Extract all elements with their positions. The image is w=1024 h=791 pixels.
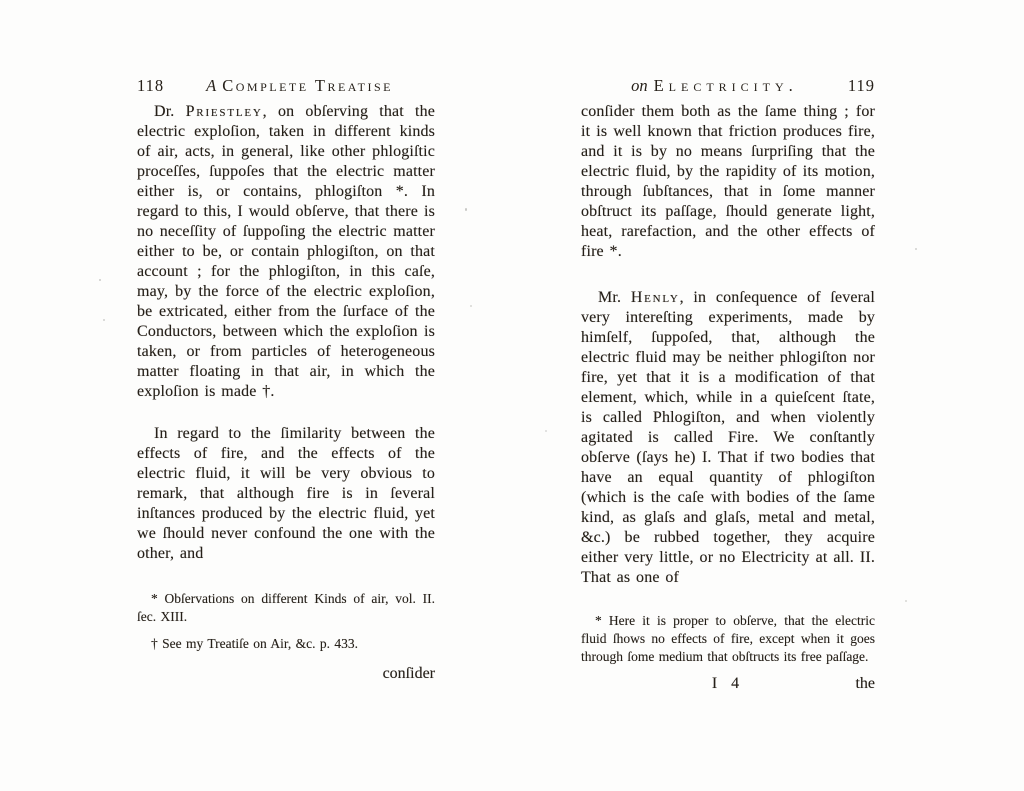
- left-footnote-2: † See my Treatiſe on Air, &c. p. 433.: [137, 635, 435, 653]
- running-title-caps-right: Electricity.: [654, 76, 798, 95]
- left-catchword: conſider: [383, 665, 435, 682]
- scan-speck: [905, 600, 907, 602]
- left-para1-prefix: Dr.: [154, 103, 186, 120]
- right-footnotes: * Here it is proper to obſerve, that the…: [581, 612, 875, 666]
- right-running-title: onElectricity.: [581, 76, 848, 96]
- right-page-number: 119: [848, 76, 875, 96]
- scan-speck: [103, 319, 105, 321]
- right-catchword: the: [855, 674, 875, 694]
- book-scan: 118 AComplete Treatise Dr. Priestley, on…: [0, 0, 1024, 791]
- left-page-number: 118: [137, 76, 164, 96]
- left-running-title: AComplete Treatise: [164, 76, 435, 96]
- signature-mark: I 4: [712, 675, 744, 692]
- right-paragraph-2: Mr. Henly, in conſequence of ſeveral ver…: [581, 288, 875, 588]
- right-page: onElectricity. 119 conſider them both as…: [581, 76, 875, 694]
- right-para2-prefix: Mr.: [598, 289, 631, 306]
- running-title-caps-left: Complete Treatise: [222, 76, 393, 95]
- left-catchword-row: conſider: [137, 665, 435, 683]
- left-para1-author-name: Priestley: [186, 103, 263, 120]
- left-footnote-1: * Obſervations on different Kinds of air…: [137, 590, 435, 626]
- left-page-header: 118 AComplete Treatise: [137, 76, 435, 96]
- left-para1-body: , on obſerving that the electric exploſi…: [137, 103, 435, 400]
- left-footnotes: * Obſervations on different Kinds of air…: [137, 590, 435, 653]
- right-footnote-1: * Here it is proper to obſerve, that the…: [581, 612, 875, 666]
- running-title-italic-a: A: [206, 76, 216, 95]
- scan-speck: [915, 248, 917, 250]
- right-signature-row: I 4 the: [581, 674, 875, 694]
- scan-speck: [470, 305, 472, 307]
- running-title-italic-on: on: [631, 76, 648, 95]
- scan-speck: [465, 208, 467, 211]
- scan-speck: [545, 430, 547, 432]
- right-para2-body: , in conſequence of ſeveral very intereſ…: [581, 289, 875, 586]
- right-page-header: onElectricity. 119: [581, 76, 875, 96]
- left-paragraph-1: Dr. Priestley, on obſerving that the ele…: [137, 102, 435, 402]
- left-page: 118 AComplete Treatise Dr. Priestley, on…: [137, 76, 435, 683]
- right-paragraph-1: conſider them both as the ſame thing ; f…: [581, 102, 875, 262]
- right-para2-author-name: Henly: [631, 289, 680, 306]
- scan-speck: [99, 279, 101, 281]
- left-paragraph-2: In regard to the ſimilarity between the …: [137, 424, 435, 564]
